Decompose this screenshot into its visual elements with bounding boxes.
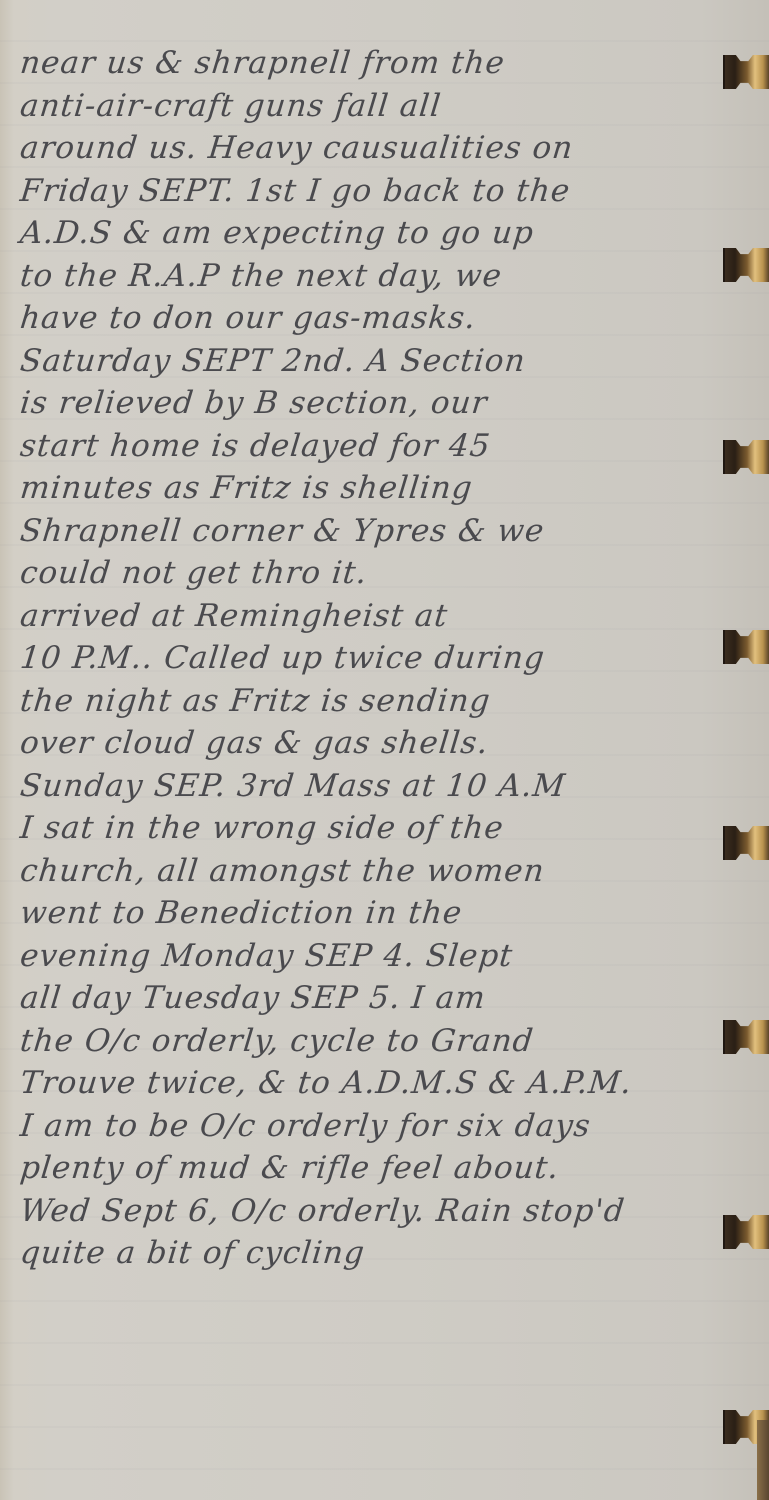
binding-spine bbox=[757, 1420, 769, 1500]
text-line: Friday SEPT. 1st I go back to the bbox=[18, 170, 713, 213]
binding-hole bbox=[723, 440, 769, 474]
text-line: arrived at Remingheist at bbox=[18, 595, 713, 638]
text-line: Saturday SEPT 2nd. A Section bbox=[18, 340, 713, 383]
text-line: anti-air-craft guns fall all bbox=[18, 85, 713, 128]
text-line: I am to be O/c orderly for six days bbox=[18, 1105, 713, 1148]
binding-hole bbox=[723, 826, 769, 860]
text-line: minutes as Fritz is shelling bbox=[18, 467, 713, 510]
text-line: have to don our gas-masks. bbox=[18, 297, 713, 340]
binding-hole bbox=[723, 55, 769, 89]
text-line: A.D.S & am expecting to go up bbox=[18, 212, 713, 255]
text-line: the night as Fritz is sending bbox=[18, 680, 713, 723]
text-line: start home is delayed for 45 bbox=[18, 425, 713, 468]
text-line: over cloud gas & gas shells. bbox=[18, 722, 713, 765]
text-line: Sunday SEP. 3rd Mass at 10 A.M bbox=[18, 765, 713, 808]
text-line: Shrapnell corner & Ypres & we bbox=[18, 510, 713, 553]
text-line: I sat in the wrong side of the bbox=[18, 807, 713, 850]
text-line: could not get thro it. bbox=[18, 552, 713, 595]
text-line: around us. Heavy causualities on bbox=[18, 127, 713, 170]
binding-hole bbox=[723, 248, 769, 282]
handwritten-text: near us & shrapnell from the anti-air-cr… bbox=[18, 42, 709, 1275]
text-line: near us & shrapnell from the bbox=[18, 42, 713, 85]
text-line: to the R.A.P the next day, we bbox=[18, 255, 713, 298]
text-line: evening Monday SEP 4. Slept bbox=[18, 935, 713, 978]
text-line: church, all amongst the women bbox=[18, 850, 713, 893]
text-line: is relieved by B section, our bbox=[18, 382, 713, 425]
binding-hole bbox=[723, 1215, 769, 1249]
text-line: quite a bit of cycling bbox=[18, 1232, 713, 1275]
notebook-page: near us & shrapnell from the anti-air-cr… bbox=[0, 0, 769, 1500]
text-line: plenty of mud & rifle feel about. bbox=[18, 1147, 713, 1190]
text-line: Trouve twice, & to A.D.M.S & A.P.M. bbox=[18, 1062, 713, 1105]
binding-hole bbox=[723, 630, 769, 664]
text-line: the O/c orderly, cycle to Grand bbox=[18, 1020, 713, 1063]
binding-hole bbox=[723, 1020, 769, 1054]
text-line: Wed Sept 6, O/c orderly. Rain stop'd bbox=[18, 1190, 713, 1233]
text-line: went to Benediction in the bbox=[18, 892, 713, 935]
text-line: all day Tuesday SEP 5. I am bbox=[18, 977, 713, 1020]
text-line: 10 P.M.. Called up twice during bbox=[18, 637, 713, 680]
